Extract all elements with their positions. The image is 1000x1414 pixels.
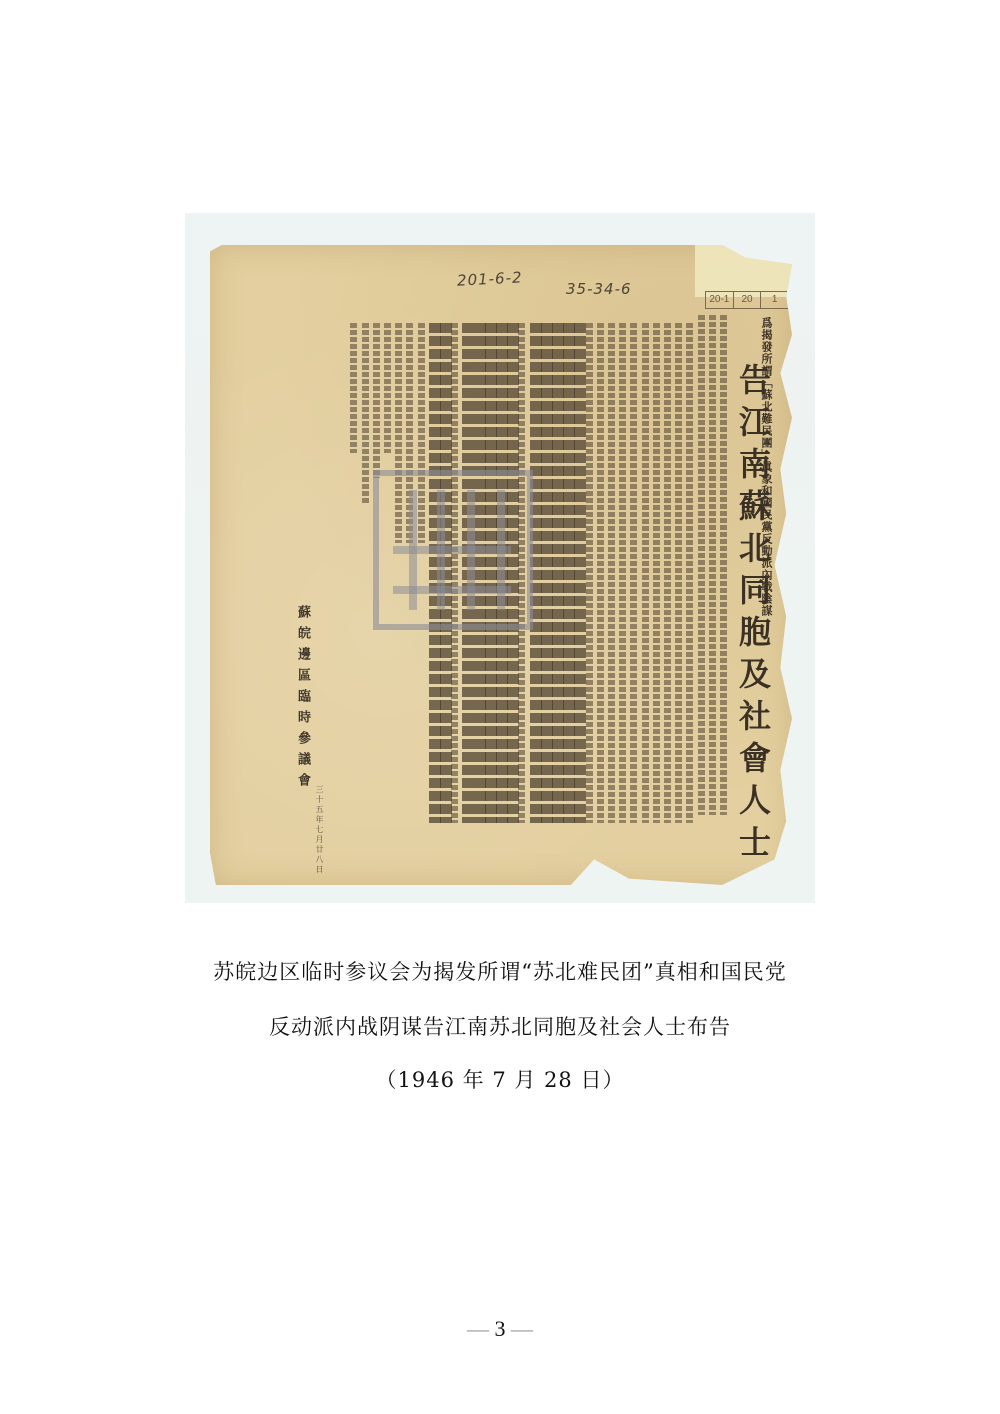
archival-document-photo: 20-1 20 1 201-6-2 35-34-6 爲揭發所謂「蘇北難民團」眞象…: [185, 213, 815, 903]
text-column: [709, 315, 716, 815]
text-column: [642, 323, 649, 823]
text-column: [619, 323, 626, 823]
page-number: — 3 —: [0, 1316, 1000, 1342]
text-column: [698, 315, 705, 815]
archive-number-stamp: 20-1 20 1: [705, 291, 789, 309]
document-title: 告江南蘇北同胞及社會人士: [730, 363, 776, 867]
text-column: [574, 323, 586, 823]
caption-line-2: 反动派内战阴谋告江南苏北同胞及社会人士布告: [0, 1011, 1000, 1041]
stamp-cell: 1: [761, 292, 788, 308]
text-column: [563, 323, 575, 823]
text-column: [664, 323, 671, 823]
text-column: [686, 323, 693, 823]
archive-seal-stamp: [373, 470, 533, 630]
archive-tag-sticker: [695, 239, 805, 297]
handwritten-mark: 35-34-6: [566, 280, 632, 298]
text-column: [350, 323, 357, 453]
stamp-cell: 20-1: [706, 292, 734, 308]
aged-paper: 20-1 20 1 201-6-2 35-34-6 爲揭發所謂「蘇北難民團」眞象…: [210, 245, 792, 885]
text-column: [653, 323, 660, 823]
text-column: [630, 323, 637, 823]
page-number-value: 3: [495, 1316, 506, 1341]
text-column: [586, 323, 593, 823]
text-column: [384, 323, 391, 453]
text-column: [720, 315, 727, 815]
text-column: [541, 323, 553, 823]
handwritten-mark: 201-6-2: [457, 268, 523, 289]
text-column: [362, 323, 369, 503]
stamp-cell: 20: [734, 292, 762, 308]
document-signature: 蘇皖邊區臨時參議會: [293, 605, 312, 794]
text-column: [552, 323, 564, 823]
text-column: [597, 323, 604, 823]
text-column: [608, 323, 615, 823]
text-column: [373, 323, 380, 478]
page-dash-left: —: [467, 1316, 489, 1341]
caption-line-1: 苏皖边区临时参议会为揭发所谓“苏北难民团”真相和国民党: [0, 956, 1000, 986]
document-date: 三十五年七月廿八日: [314, 785, 325, 875]
page-dash-right: —: [511, 1316, 533, 1341]
text-column: [675, 323, 682, 823]
caption-date: （1946 年 7 月 28 日）: [0, 1064, 1000, 1094]
